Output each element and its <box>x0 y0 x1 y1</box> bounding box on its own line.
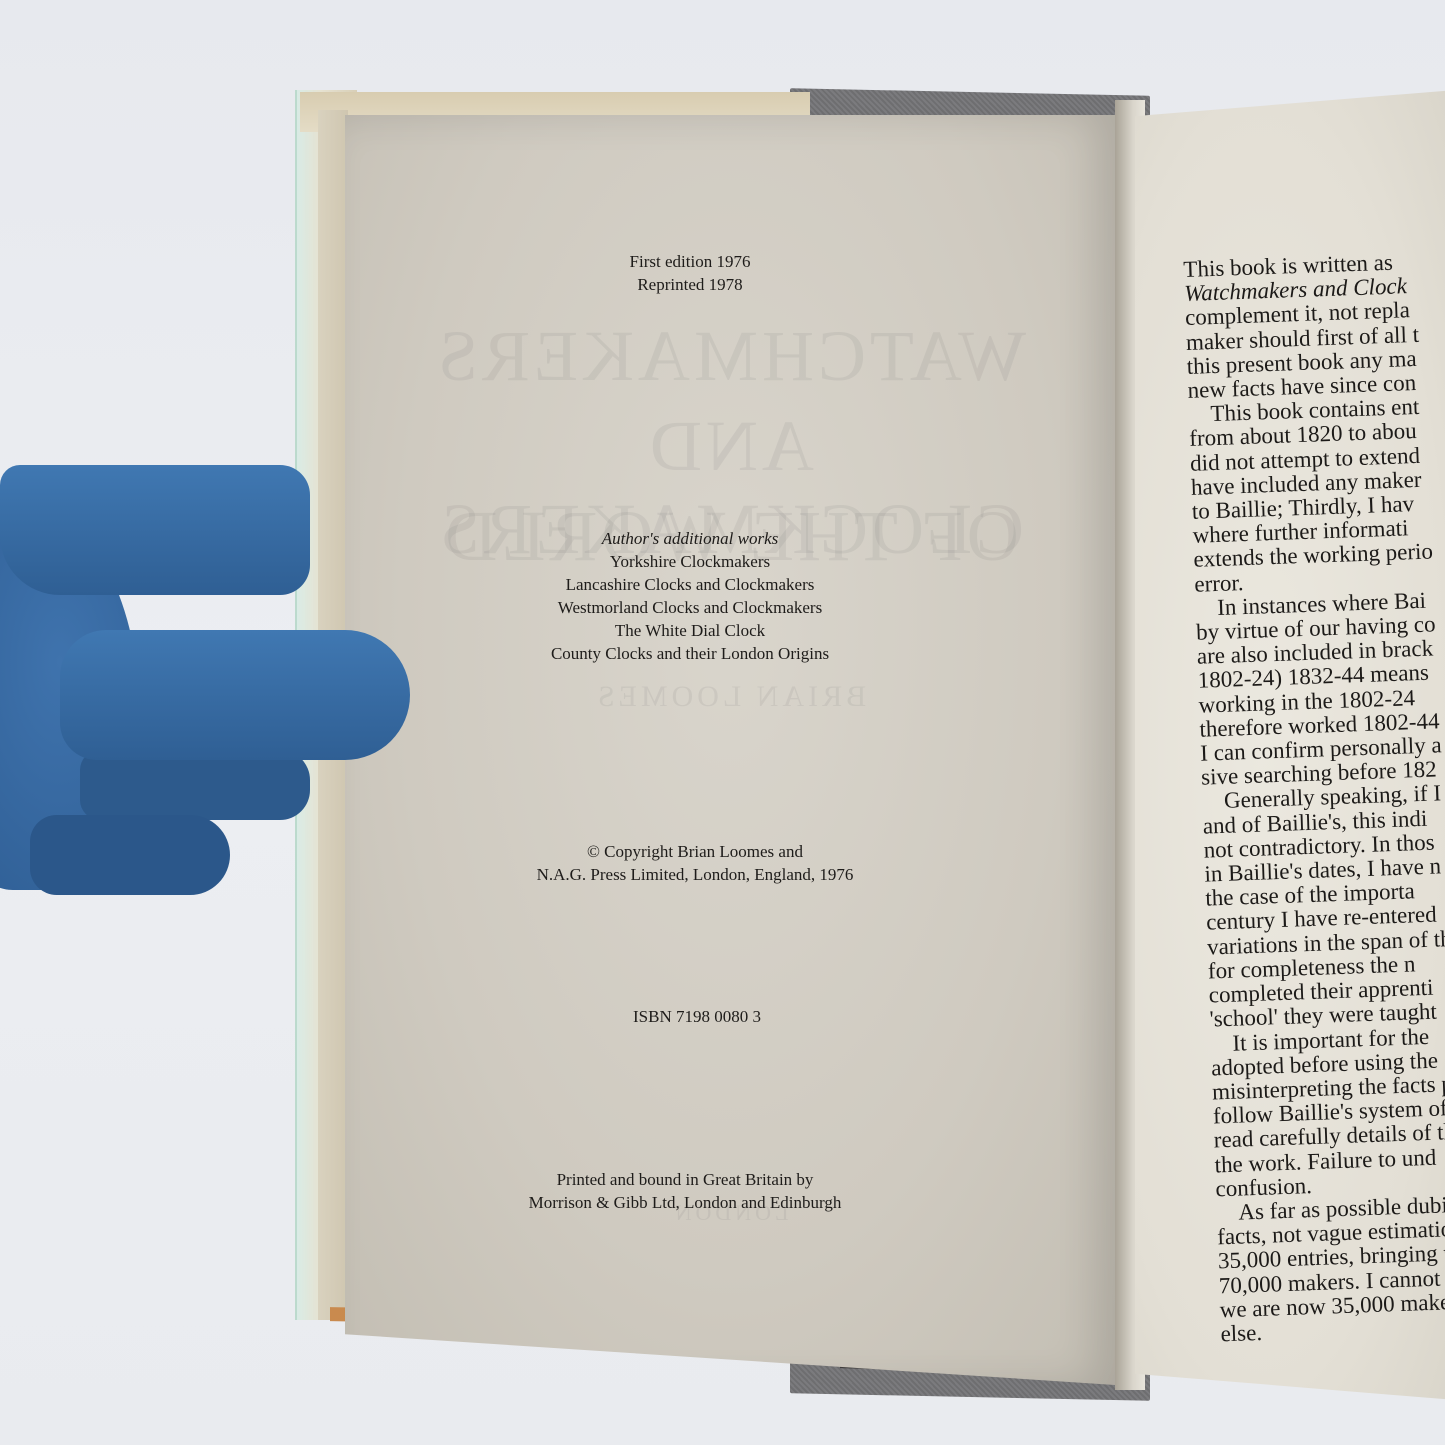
glove-index-finger <box>0 465 310 595</box>
copyright-block: © Copyright Brian Loomes and N.A.G. Pres… <box>310 840 1080 886</box>
glove-thumb <box>60 630 410 760</box>
work-title: Yorkshire Clockmakers <box>305 550 1075 573</box>
additional-works-heading: Author's additional works <box>305 527 1075 550</box>
additional-works-block: Author's additional works Yorkshire Cloc… <box>305 527 1075 665</box>
copyright-line: N.A.G. Press Limited, London, England, 1… <box>310 863 1080 886</box>
printer-line: Printed and bound in Great Britain by <box>300 1168 1070 1191</box>
edition-block: First edition 1976 Reprinted 1978 <box>305 250 1075 296</box>
printer-line: Morrison & Gibb Ltd, London and Edinburg… <box>300 1191 1070 1214</box>
glove-ring-finger <box>30 815 230 895</box>
edition-line: First edition 1976 <box>305 250 1075 273</box>
work-title: Lancashire Clocks and Clockmakers <box>305 573 1075 596</box>
work-title: The White Dial Clock <box>305 619 1075 642</box>
work-title: Westmorland Clocks and Clockmakers <box>305 596 1075 619</box>
recto-page: This book is written asWatchmakers and C… <box>1135 90 1445 1400</box>
edition-line: Reprinted 1978 <box>305 273 1075 296</box>
work-title: County Clocks and their London Origins <box>305 642 1075 665</box>
recto-body-text: This book is written asWatchmakers and C… <box>1183 243 1445 1346</box>
copyright-line: © Copyright Brian Loomes and <box>310 840 1080 863</box>
verso-page: WATCHMAKERS AND CLOCKMAKERS OF THE WORLD… <box>345 115 1115 1385</box>
photo-scene: WATCHMAKERS AND CLOCKMAKERS OF THE WORLD… <box>0 0 1445 1445</box>
glove-middle-finger <box>80 750 310 820</box>
show-through-title-line-1: WATCHMAKERS <box>345 315 1115 398</box>
isbn: ISBN 7198 0080 3 <box>312 1005 1082 1028</box>
printer-block: Printed and bound in Great Britain by Mo… <box>300 1168 1070 1214</box>
show-through-author: BRIAN LOOMES <box>345 680 1115 714</box>
blue-gloved-hand <box>0 440 420 920</box>
